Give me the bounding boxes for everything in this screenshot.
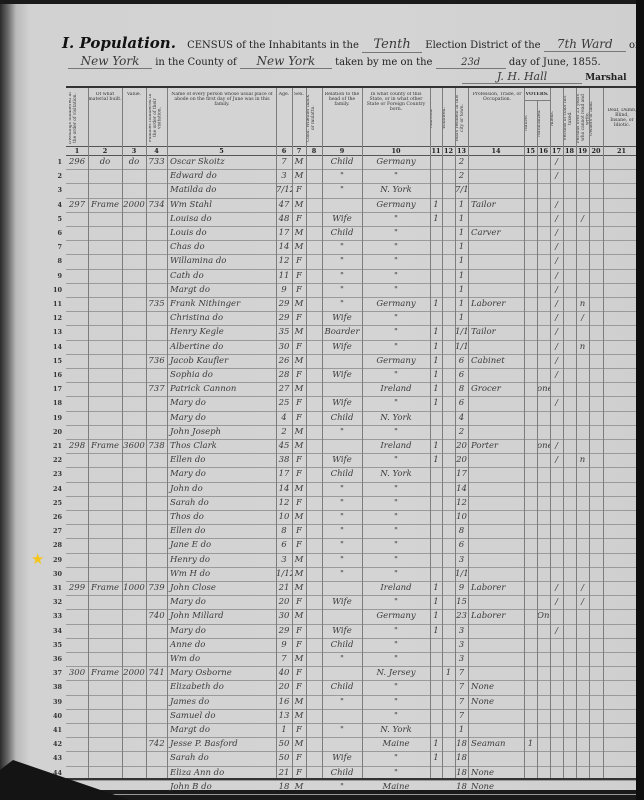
table-row: 45John B do18M"Maine18None: [66, 780, 640, 795]
cell-sex: M: [292, 425, 306, 439]
cell-alien: [550, 524, 563, 538]
cell-material: [88, 709, 122, 723]
cell-value: [122, 638, 146, 652]
cell-years-resident: 8: [455, 382, 468, 396]
cell-married: 1: [430, 609, 442, 623]
cell-value: [122, 780, 146, 794]
cell-occupation: Tailor: [468, 325, 527, 339]
cell-age: 27: [276, 382, 292, 396]
column-number-7: 7: [292, 147, 306, 155]
table-row: 19Mary do4FChildN. York4: [66, 411, 640, 426]
cell-family-number: [146, 311, 167, 325]
cell-years-resident: 7: [455, 680, 468, 694]
header-col-6: Age.: [276, 92, 292, 144]
cell-years-resident: 18: [455, 766, 468, 780]
cell-age: 40: [276, 666, 292, 680]
cell-illiterate: [576, 680, 589, 694]
cell-occupation: [468, 652, 527, 666]
cell-birthplace: ": [362, 638, 430, 652]
table-row: 24John do14M""14: [66, 482, 640, 497]
header-col-4: Families numbered in the order of their …: [149, 92, 165, 144]
cell-dwelling-number: [66, 695, 88, 709]
cell-alien: [550, 666, 563, 680]
row-number: 18: [46, 396, 62, 410]
cell-relation: ": [322, 524, 362, 538]
cell-birthplace: ": [362, 368, 430, 382]
cell-illiterate: [576, 396, 589, 410]
column-divider: [563, 88, 564, 778]
cell-material: [88, 425, 122, 439]
cell-sex: F: [292, 624, 306, 638]
cell-married: [430, 254, 442, 268]
cell-dwelling-number: [66, 766, 88, 780]
table-row: 18Mary do25FWife"16/: [66, 396, 640, 411]
cell-years-resident: 7/12: [455, 183, 468, 197]
cell-person-name: Anne do: [167, 638, 279, 652]
column-divider: [550, 88, 551, 778]
cell-family-number: [146, 553, 167, 567]
cell-material: [88, 226, 122, 240]
cell-naturalized-voter: one: [537, 382, 550, 396]
star-icon[interactable]: ★: [31, 552, 44, 567]
cell-relation: Child: [322, 680, 362, 694]
cell-occupation: [468, 340, 527, 354]
table-row: 25Sarah do12F""12: [66, 496, 640, 511]
cell-person-name: Margt do: [167, 723, 279, 737]
cell-family-number: [146, 396, 167, 410]
table-row: 5Louisa do48FWife"11//: [66, 212, 640, 227]
cell-family-number: [146, 226, 167, 240]
cell-naturalized-voter: one: [537, 439, 550, 453]
cell-material: Frame: [88, 666, 122, 680]
city-value: New York: [68, 54, 152, 69]
cell-alien: [550, 553, 563, 567]
cell-occupation: [468, 240, 527, 254]
table-row: 42742Jesse P. Basford50MMaine118Seaman1: [66, 737, 640, 752]
header-col-9: Relation to the head of the family.: [323, 92, 361, 144]
cell-age: 8: [276, 524, 292, 538]
column-number-8: 8: [306, 147, 322, 155]
cell-years-resident: 10: [455, 510, 468, 524]
cell-illiterate: [576, 425, 589, 439]
cell-relation: ": [322, 496, 362, 510]
cell-sex: F: [292, 212, 306, 226]
cell-years-resident: 7: [455, 709, 468, 723]
cell-illiterate: /: [576, 595, 589, 609]
cell-sex: M: [292, 709, 306, 723]
cell-dwelling-number: [66, 609, 88, 623]
row-number: 31: [46, 581, 62, 595]
cell-family-number: [146, 425, 167, 439]
cell-sex: M: [292, 439, 306, 453]
cell-family-number: [146, 269, 167, 283]
column-divider: [537, 100, 538, 778]
cell-dwelling-number: [66, 567, 88, 581]
cell-alien: [550, 567, 563, 581]
cell-value: [122, 354, 146, 368]
cell-alien: [550, 382, 563, 396]
cell-dwelling-number: [66, 553, 88, 567]
cell-family-number: [146, 340, 167, 354]
cell-years-resident: 1: [455, 723, 468, 737]
column-number-17: 17: [550, 147, 563, 155]
cell-material: [88, 624, 122, 638]
table-row: 20John Joseph2M""2: [66, 425, 640, 440]
cell-person-name: Jesse P. Basford: [167, 737, 279, 751]
table-row: 13Henry Kegle35MBoarder"11/12Tailor/: [66, 325, 640, 340]
column-divider: [455, 88, 456, 778]
cell-alien: /: [550, 354, 563, 368]
cell-alien: /: [550, 311, 563, 325]
cell-illiterate: n: [576, 340, 589, 354]
cell-years-resident: 7: [455, 666, 468, 680]
cell-occupation: [468, 567, 527, 581]
cell-years-resident: 1: [455, 198, 468, 212]
cell-age: 38: [276, 453, 292, 467]
cell-alien: /: [550, 212, 563, 226]
cell-sex: F: [292, 183, 306, 197]
cell-birthplace: N. York: [362, 411, 430, 425]
cell-birthplace: ": [362, 254, 430, 268]
cell-age: 20: [276, 680, 292, 694]
cell-value: [122, 325, 146, 339]
cell-illiterate: [576, 780, 589, 794]
table-row: 28Jane E do6F""6: [66, 538, 640, 553]
cell-years-resident: 1/12: [455, 567, 468, 581]
cell-dwelling-number: [66, 652, 88, 666]
cell-illiterate: [576, 567, 589, 581]
cell-relation: Wife: [322, 453, 362, 467]
cell-sex: M: [292, 609, 306, 623]
cell-value: 3600: [122, 439, 146, 453]
cell-dwelling-number: [66, 538, 88, 552]
cell-person-name: Edward do: [167, 169, 279, 183]
cell-material: [88, 723, 122, 737]
cell-person-name: Mary Osborne: [167, 666, 279, 680]
cell-dwelling-number: [66, 368, 88, 382]
table-row: 21298Frame3600738Thos Clark45MIreland120…: [66, 439, 640, 454]
cell-relation: ": [322, 652, 362, 666]
row-number: 3: [46, 183, 62, 197]
cell-years-resident: 8: [455, 524, 468, 538]
cell-illiterate: [576, 269, 589, 283]
cell-dwelling-number: [66, 737, 88, 751]
cell-married: [430, 709, 442, 723]
cell-person-name: Louisa do: [167, 212, 279, 226]
cell-occupation: [468, 396, 527, 410]
cell-value: [122, 425, 146, 439]
cell-value: [122, 467, 146, 481]
column-divider: [442, 88, 443, 778]
cell-sex: F: [292, 269, 306, 283]
cell-relation: ": [322, 567, 362, 581]
table-row: 6Louis do17MChild"1Carver/: [66, 226, 640, 241]
row-number: 6: [46, 226, 62, 240]
cell-alien: [550, 780, 563, 794]
cell-occupation: [468, 553, 527, 567]
cell-age: 14: [276, 482, 292, 496]
column-divider: [276, 88, 277, 778]
cell-material: [88, 254, 122, 268]
cell-occupation: [468, 709, 527, 723]
column-divider: [589, 88, 590, 778]
column-divider: [122, 88, 123, 778]
cell-birthplace: Germany: [362, 354, 430, 368]
cell-value: [122, 538, 146, 552]
column-number-11: 11: [430, 147, 442, 155]
cell-married: 1: [430, 212, 442, 226]
cell-married: 1: [430, 368, 442, 382]
cell-relation: Wife: [322, 368, 362, 382]
cell-married: 1: [430, 439, 442, 453]
cell-material: [88, 737, 122, 751]
census-table: Dwellings numbered in the order of visit…: [66, 86, 640, 780]
column-number-2: 2: [88, 147, 122, 155]
cell-family-number: [146, 283, 167, 297]
cell-relation: Child: [322, 638, 362, 652]
cell-person-name: Wm do: [167, 652, 279, 666]
cell-alien: /: [550, 269, 563, 283]
cell-relation: ": [322, 538, 362, 552]
cell-age: 12: [276, 496, 292, 510]
cell-alien: [550, 723, 563, 737]
row-number: 22: [46, 453, 62, 467]
cell-occupation: [468, 538, 527, 552]
cell-person-name: Jacob Kaufler: [167, 354, 279, 368]
cell-married: [430, 652, 442, 666]
cell-relation: [322, 609, 362, 623]
election-district-label: Election District of the: [425, 40, 540, 51]
cell-sex: M: [292, 510, 306, 524]
cell-alien: /: [550, 283, 563, 297]
cell-sex: F: [292, 311, 306, 325]
column-divider: [306, 88, 307, 778]
row-number: 28: [46, 538, 62, 552]
cell-naturalized-voter: [537, 155, 550, 169]
cell-material: [88, 212, 122, 226]
cell-illiterate: [576, 624, 589, 638]
cell-alien: [550, 183, 563, 197]
cell-married: [430, 226, 442, 240]
cell-married: [430, 766, 442, 780]
cell-married: [430, 467, 442, 481]
cell-material: [88, 297, 122, 311]
cell-sex: M: [292, 198, 306, 212]
cell-illiterate: [576, 240, 589, 254]
cell-dwelling-number: [66, 226, 88, 240]
cell-dwelling-number: [66, 411, 88, 425]
header-col-11: Married.: [430, 92, 442, 144]
table-row: 40Samuel do13M"7: [66, 709, 640, 724]
cell-occupation: None: [468, 780, 527, 794]
cell-years-resident: 18: [455, 780, 468, 794]
cell-sex: F: [292, 595, 306, 609]
header-col-10: In what county of this State, or in what…: [364, 92, 428, 144]
cell-birthplace: ": [362, 396, 430, 410]
cell-years-resident: 1/12: [455, 325, 468, 339]
cell-relation: ": [322, 283, 362, 297]
cell-age: 7: [276, 155, 292, 169]
cell-family-number: [146, 780, 167, 794]
cell-occupation: None: [468, 680, 527, 694]
cell-years-resident: 2: [455, 155, 468, 169]
cell-illiterate: [576, 467, 589, 481]
cell-family-number: [146, 240, 167, 254]
cell-material: [88, 524, 122, 538]
cell-value: [122, 766, 146, 780]
cell-married: [430, 780, 442, 794]
cell-age: 21: [276, 581, 292, 595]
cell-value: [122, 510, 146, 524]
cell-sex: M: [292, 297, 306, 311]
column-number-16: 16: [537, 147, 550, 155]
cell-married: 1: [430, 453, 442, 467]
cell-relation: [322, 581, 362, 595]
column-number-19: 19: [576, 147, 589, 155]
cell-sex: M: [292, 240, 306, 254]
cell-birthplace: Germany: [362, 297, 430, 311]
cell-years-resident: 2: [455, 425, 468, 439]
table-row: 29Henry do3M""3: [66, 553, 640, 568]
table-row: 30Wm H do1/12M""1/12: [66, 567, 640, 582]
column-divider: [430, 88, 431, 778]
cell-illiterate: [576, 368, 589, 382]
cell-sex: M: [292, 155, 306, 169]
cell-dwelling-number: [66, 482, 88, 496]
cell-alien: /: [550, 297, 563, 311]
cell-person-name: Mary do: [167, 411, 279, 425]
cell-family-number: 740: [146, 609, 167, 623]
cell-alien: [550, 467, 563, 481]
cell-married: [430, 425, 442, 439]
cell-birthplace: ": [362, 283, 430, 297]
cell-years-resident: 17: [455, 467, 468, 481]
cell-age: 17: [276, 226, 292, 240]
cell-dwelling-number: [66, 183, 88, 197]
cell-married: [430, 411, 442, 425]
cell-value: [122, 737, 146, 751]
column-divider: [603, 88, 604, 778]
row-number: 20: [46, 425, 62, 439]
cell-person-name: Louis do: [167, 226, 279, 240]
header-col-20: Owners of land.: [590, 92, 602, 144]
row-number: 12: [46, 311, 62, 325]
row-number: 7: [46, 240, 62, 254]
cell-person-name: Mary do: [167, 595, 279, 609]
cell-relation: ": [322, 254, 362, 268]
cell-illiterate: n: [576, 453, 589, 467]
cell-person-name: John do: [167, 482, 279, 496]
cell-alien: /: [550, 226, 563, 240]
cell-alien: [550, 496, 563, 510]
cell-alien: [550, 652, 563, 666]
cell-occupation: [468, 155, 527, 169]
cell-material: [88, 453, 122, 467]
cell-married: 1: [430, 751, 442, 765]
cell-relation: ": [322, 183, 362, 197]
table-row: 37300Frame2000741Mary Osborne40FN. Jerse…: [66, 666, 640, 681]
cell-sex: F: [292, 524, 306, 538]
cell-value: [122, 368, 146, 382]
cell-dwelling-number: [66, 325, 88, 339]
cell-value: [122, 524, 146, 538]
cell-dwelling-number: [66, 510, 88, 524]
cell-material: [88, 368, 122, 382]
cell-occupation: [468, 212, 527, 226]
cell-relation: Wife: [322, 212, 362, 226]
column-number-4: 4: [146, 147, 167, 155]
cell-alien: /: [550, 453, 563, 467]
cell-illiterate: [576, 183, 589, 197]
cell-material: Frame: [88, 439, 122, 453]
cell-illiterate: [576, 226, 589, 240]
column-divider: [167, 88, 168, 778]
table-row: 34Mary do29FWife"13/: [66, 624, 640, 639]
header-col-14: Profession, Trade, or Occupation.: [470, 92, 524, 144]
cell-age: 30: [276, 609, 292, 623]
cell-dwelling-number: [66, 311, 88, 325]
cell-value: [122, 567, 146, 581]
cell-illiterate: [576, 553, 589, 567]
row-number: 25: [46, 496, 62, 510]
header-col-16: Naturalized.: [538, 102, 550, 144]
cell-illiterate: [576, 382, 589, 396]
table-row: 14Albertine do30FWife"11/12/n: [66, 340, 640, 355]
row-number: 24: [46, 482, 62, 496]
cell-occupation: [468, 496, 527, 510]
cell-years-resident: 18: [455, 751, 468, 765]
cell-age: 17: [276, 467, 292, 481]
cell-relation: Boarder: [322, 325, 362, 339]
cell-years-resident: 3: [455, 624, 468, 638]
cell-age: 1: [276, 723, 292, 737]
cell-material: [88, 510, 122, 524]
cell-family-number: [146, 538, 167, 552]
cell-relation: [322, 709, 362, 723]
cell-alien: [550, 737, 563, 751]
cell-illiterate: [576, 354, 589, 368]
table-row: 16Sophia do28FWife"16/: [66, 368, 640, 383]
cell-age: 7/12: [276, 183, 292, 197]
cell-relation: Wife: [322, 751, 362, 765]
cell-relation: [322, 354, 362, 368]
cell-value: [122, 382, 146, 396]
cell-age: 21: [276, 766, 292, 780]
cell-relation: [322, 666, 362, 680]
cell-person-name: Patrick Cannon: [167, 382, 279, 396]
cell-occupation: [468, 254, 527, 268]
row-number: 8: [46, 254, 62, 268]
cell-family-number: 737: [146, 382, 167, 396]
column-divider: [88, 88, 89, 778]
table-row: 10Margt do9F""1/: [66, 283, 640, 298]
cell-material: [88, 766, 122, 780]
taken-label: taken by me on the: [335, 57, 432, 68]
cell-age: 28: [276, 368, 292, 382]
cell-occupation: [468, 467, 527, 481]
cell-illiterate: [576, 666, 589, 680]
cell-illiterate: [576, 723, 589, 737]
column-divider: [146, 88, 147, 778]
cell-age: 47: [276, 198, 292, 212]
cell-dwelling-number: 299: [66, 581, 88, 595]
cell-illiterate: [576, 695, 589, 709]
row-number: 35: [46, 638, 62, 652]
cell-age: 50: [276, 737, 292, 751]
cell-material: [88, 751, 122, 765]
cell-age: 29: [276, 624, 292, 638]
cell-age: 20: [276, 595, 292, 609]
